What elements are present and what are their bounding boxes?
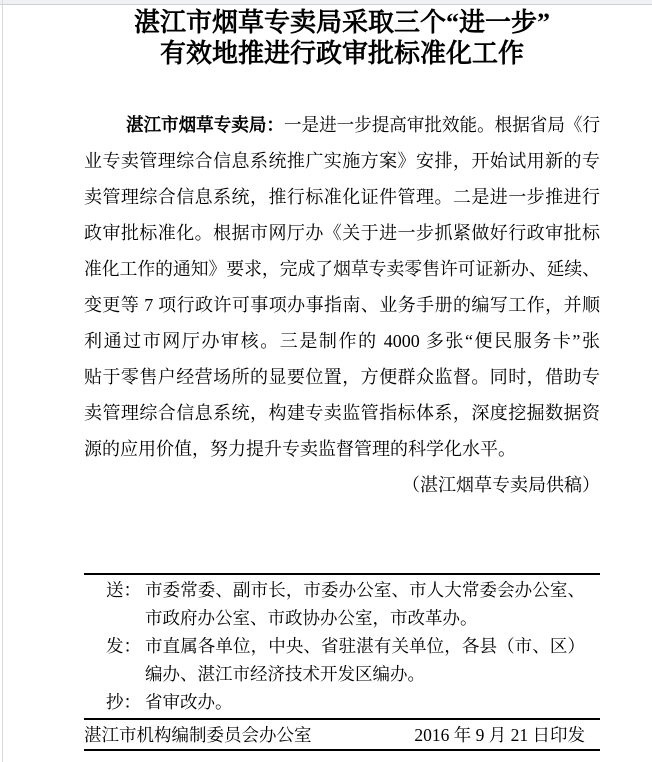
body-line: 湛江市烟草专卖局：一是进一步提高审批效能。根据省局《行 — [84, 107, 587, 143]
distribution-content: 市委常委、副市长，市委办公室、市人大常委会办公室、 市政府办公室、市政协办公室，… — [145, 576, 600, 632]
body-line: 源的应用价值，努力提升专卖监督管理的科学化水平。 — [84, 431, 600, 467]
distribution-line: 市直属各单位，中央、省驻湛有关单位，各县（市、区） — [145, 632, 585, 660]
distribution-line: 市政府办公室、市政协办公室，市改革办。 — [145, 604, 585, 632]
distribution-row-chao: 抄： 省审改办。 — [84, 688, 600, 716]
distribution-content: 省审改办。 — [145, 688, 600, 716]
distribution-list: 送： 市委常委、副市长，市委办公室、市人大常委会办公室、 市政府办公室、市政协办… — [84, 576, 600, 716]
body-line: 业专卖管理综合信息系统推广实施方案》安排，开始试用新的专 — [84, 143, 600, 179]
body-line: 卖管理综合信息系统，构建专卖监管指标体系，深度挖掘数据资 — [84, 395, 600, 431]
distribution-content: 市直属各单位，中央、省驻湛有关单位，各县（市、区） 编办、湛江市经济技术开发区编… — [145, 632, 600, 688]
body-line: 利通过市网厅办审核。三是制作的 4000 多张“便民服务卡”张 — [84, 323, 600, 359]
distribution-row-fa: 发： 市直属各单位，中央、省驻湛有关单位，各县（市、区） 编办、湛江市经济技术开… — [84, 632, 600, 688]
page-top-edge — [0, 0, 652, 5]
distribution-label: 抄： — [106, 688, 145, 716]
distribution-label: 送： — [106, 576, 145, 632]
org-name-bold: 湛江市烟草专卖局： — [126, 115, 284, 135]
body-line: 政审批标准化。根据市网厅办《关于进一步抓紧做好行政审批标 — [84, 215, 600, 251]
title-line-1: 湛江市烟草专卖局采取三个“进一步” — [84, 7, 600, 38]
body-line: 准化工作的通知》要求，完成了烟草专卖零售许可证新办、延续、 — [84, 251, 594, 287]
footer-print-date: 2016 年 9 月 21 日印发 — [414, 722, 600, 747]
footer-issuer: 湛江市机构编制委员会办公室 — [84, 722, 312, 747]
distribution-divider-rule — [84, 573, 600, 575]
document-page: 湛江市烟草专卖局采取三个“进一步” 有效地推进行政审批标准化工作 湛江市烟草专卖… — [0, 0, 652, 762]
document-title: 湛江市烟草专卖局采取三个“进一步” 有效地推进行政审批标准化工作 — [84, 7, 600, 69]
distribution-line: 市委常委、副市长，市委办公室、市人大常委会办公室、 — [145, 576, 585, 604]
distribution-line: 省审改办。 — [145, 688, 585, 716]
document-footer: 湛江市机构编制委员会办公室 2016 年 9 月 21 日印发 — [84, 718, 600, 751]
distribution-row-song: 送： 市委常委、副市长，市委办公室、市人大常委会办公室、 市政府办公室、市政协办… — [84, 576, 600, 632]
body-line: 变更等 7 项行政许可事项办事指南、业务手册的编写工作，并顺 — [84, 287, 600, 323]
distribution-label: 发： — [106, 632, 145, 688]
body-line: 贴于零售户经营场所的显要位置，方便群众监督。同时，借助专 — [84, 359, 600, 395]
distribution-line: 编办、湛江市经济技术开发区编办。 — [145, 660, 585, 688]
page-left-edge — [2, 0, 3, 762]
byline: （湛江烟草专卖局供稿） — [84, 467, 600, 503]
body-line-text: 一是进一步提高审批效能。根据省局《行 — [284, 115, 600, 135]
document-body: 湛江市烟草专卖局：一是进一步提高审批效能。根据省局《行 业专卖管理综合信息系统推… — [84, 107, 600, 503]
body-line: 卖管理综合信息系统，推行标准化证件管理。二是进一步推进行 — [84, 179, 600, 215]
title-line-2: 有效地推进行政审批标准化工作 — [84, 38, 600, 69]
